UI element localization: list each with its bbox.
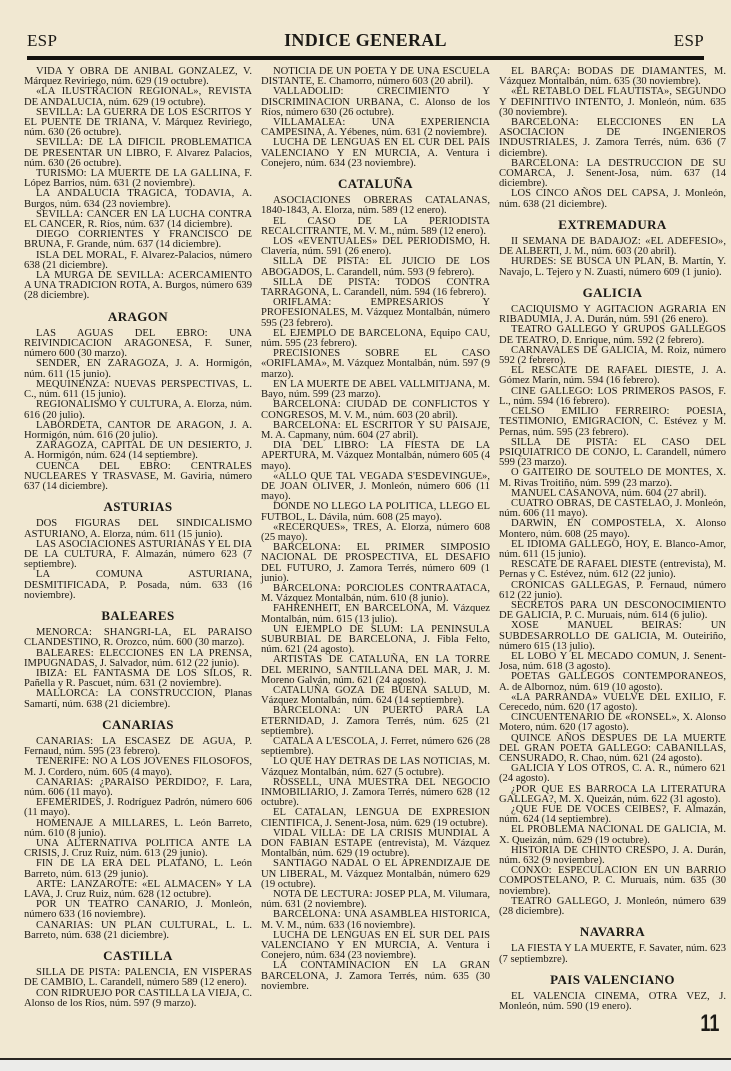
- index-entry: HISTORIA DE CHINTO CRESPO, J. A. Durán, …: [499, 846, 726, 866]
- index-entry: BARCELONA: PORCIOLES CONTRAATACA, M. Váz…: [261, 584, 490, 604]
- section-heading: PAIS VALENCIANO: [499, 975, 726, 985]
- index-entry: UN EJEMPLO DE SLUM: LA PENINSULA SUBURBI…: [261, 625, 490, 656]
- index-entry: ZARAGOZA, CAPITAL DE UN DESIERTO, J. A. …: [24, 441, 252, 461]
- header-right-label: ESP: [674, 31, 704, 51]
- index-entry: LAS AGUAS DEL EBRO: UNA REIVINDICACION A…: [24, 329, 252, 360]
- section-heading: CANARIAS: [24, 720, 252, 730]
- index-entry: CUATRO OBRAS, DE CASTELAO, J. Monleón, n…: [499, 499, 726, 519]
- index-entry: VALLADOLID: CRECIMIENTO Y DISCRIMINACION…: [261, 87, 490, 118]
- index-entry: «LA PARRANDA» VUELVE DEL EXILIO, F. Cere…: [499, 693, 726, 713]
- column-3: EL BARÇA: BODAS DE DIAMANTES, M. Vázquez…: [499, 67, 726, 1038]
- index-entry: DARWIN, EN COMPOSTELA, X. Alonso Montero…: [499, 519, 726, 539]
- index-entry: LA MURGA DE SEVILLA: ACERCAMIENTO A UNA …: [24, 271, 252, 302]
- section-heading: GALICIA: [499, 288, 726, 298]
- index-entry: REGIONALISMO Y CULTURA, A. Elorza, núm. …: [24, 400, 252, 420]
- index-entry: POETAS GALLEGOS CONTEMPORANEOS, A. de Al…: [499, 672, 726, 692]
- index-entry: CELSO EMILIO FERREIRO: POESIA, TESTIMONI…: [499, 407, 726, 438]
- index-entry: EL LOBO Y EL MECADO COMUN, J. Senent-Jos…: [499, 652, 726, 672]
- index-entry: EL CASO DE LA PERIODISTA RECALCITRANTE, …: [261, 217, 490, 237]
- index-entry: SANTIAGO NADAL O EL APRENDIZAJE DE UN LI…: [261, 859, 490, 890]
- index-entry: SEVILLA: CANCER EN LA LUCHA CONTRA EL CA…: [24, 210, 252, 230]
- index-entry: SILLA DE PISTA: TODOS CONTRA TARRAGONA, …: [261, 278, 490, 298]
- index-entry: DOS FIGURAS DEL SINDICALISMO ASTURIANO, …: [24, 519, 252, 539]
- index-entry: MEQUINENZA: NUEVAS PERSPECTIVAS, L. C., …: [24, 380, 252, 400]
- index-entry: VILLAMALEA: UNA EXPERIENCIA CAMPESINA, A…: [261, 118, 490, 138]
- index-entry: CUENCA DEL EBRO: CENTRALES NUCLEARES Y T…: [24, 462, 252, 493]
- index-entry: LA ANDALUCIA TRAGICA, TODAVIA, A. Burgos…: [24, 189, 252, 209]
- index-entry: «EL RETABLO DEL FLAUTISTA», SEGUNDO Y DE…: [499, 87, 726, 118]
- index-entry: BARCELONA: EL PRIMER SIMPOSIO NACIONAL D…: [261, 543, 490, 584]
- index-entry: SENDER, EN ZARAGOZA, J. A. Hormigón, núm…: [24, 359, 252, 379]
- index-entry: XOSE MANUEL BEIRAS: UN SUBDESARROLLO DE …: [499, 621, 726, 652]
- index-entry: ORIFLAMA: EMPRESARIOS Y PROFESIONALES, M…: [261, 298, 490, 329]
- section-heading: NAVARRA: [499, 927, 726, 937]
- index-entry: LUCHA DE LENGUAS EN EL CUR DEL PAIS VALE…: [261, 138, 490, 169]
- index-entry: DIA DEL LIBRO: LA FIESTA DE LA APERTURA,…: [261, 441, 490, 472]
- section-heading: EXTREMADURA: [499, 220, 726, 230]
- index-entry: BARCELONA: UNA ASAMBLEA HISTORICA, M. V.…: [261, 910, 490, 930]
- index-entry: SEVILLA: DE LA DIFICIL PROBLEMATICA DE P…: [24, 138, 252, 169]
- index-entry: CARNAVALES DE GALICIA, M. Roiz, número 5…: [499, 346, 726, 366]
- index-entry: ARTE: LANZAROTE: «EL ALMACEN» Y LA LAVA,…: [24, 880, 252, 900]
- index-entry: SILLA DE PISTA: EL JUICIO DE LOS ABOGADO…: [261, 257, 490, 277]
- index-entry: ARTISTAS DE CATALUÑA, EN LA TORRE DEL ME…: [261, 655, 490, 686]
- index-entry: FAHRENHEIT, EN BARCELONA, M. Vázquez Mon…: [261, 604, 490, 624]
- section-heading: ARAGON: [24, 312, 252, 322]
- index-entry: CANARIAS: LA ESCASEZ DE AGUA, P. Fernaud…: [24, 737, 252, 757]
- index-entry: TEATRO GALLEGO, J. Monleón, número 639 (…: [499, 897, 726, 917]
- index-entry: DONDE NO LLEGO LA POLITICA, LLEGO EL FUT…: [261, 502, 490, 522]
- section-heading: ASTURIAS: [24, 502, 252, 512]
- index-entry: CACIQUISMO Y AGITACION AGRARIA EN RIBADU…: [499, 305, 726, 325]
- magazine-page: ESP INDICE GENERAL ESP VIDA Y OBRA DE AN…: [0, 0, 731, 1060]
- index-entry: VIDA Y OBRA DE ANIBAL GONZALEZ, V. Márqu…: [24, 67, 252, 87]
- column-2: NOTICIA DE UN POETA Y DE UNA ESCUELA DIS…: [261, 67, 490, 1038]
- index-entry: LA FIESTA Y LA MUERTE, F. Savater, núm. …: [499, 944, 726, 964]
- index-entry: EL RESCATE DE RAFAEL DIESTE, J. A. Gómez…: [499, 366, 726, 386]
- index-entry: BALEARES: ELECCIONES EN LA PRENSA, IMPUG…: [24, 649, 252, 669]
- section-heading: CASTILLA: [24, 951, 252, 961]
- index-entry: CATALA A L'ESCOLA, J. Ferret, número 626…: [261, 737, 490, 757]
- index-entry: «LA ILUSTRACION REGIONAL», REVISTA DE AN…: [24, 87, 252, 107]
- index-entry: RESCATE DE RAFAEL DIESTE (entrevista), M…: [499, 560, 726, 580]
- index-entry: II SEMANA DE BADAJOZ: «EL ADEFESIO», DE …: [499, 237, 726, 257]
- index-entry: EL BARÇA: BODAS DE DIAMANTES, M. Vázquez…: [499, 67, 726, 87]
- page-header: ESP INDICE GENERAL ESP: [27, 30, 704, 56]
- index-entry: HURDES: SE BUSCA UN PLAN, B. Martín, Y. …: [499, 257, 726, 277]
- page-title: INDICE GENERAL: [284, 30, 447, 51]
- index-entry: LA CONTAMINACION EN LA GRAN BARCELONA, J…: [261, 961, 490, 992]
- index-entry: CANARIAS: UN PLAN CULTURAL, L. L. Barret…: [24, 921, 252, 941]
- index-entry: EFEMERIDES, J. Rodríguez Padrón, número …: [24, 798, 252, 818]
- header-left-label: ESP: [27, 31, 57, 51]
- index-entry: NOTICIA DE UN POETA Y DE UNA ESCUELA DIS…: [261, 67, 490, 87]
- index-entry: EL EJEMPLO DE BARCELONA, Equipo CAU, núm…: [261, 329, 490, 349]
- index-entry: CONXO: ESPECULACION EN UN BARRIO COMPOST…: [499, 866, 726, 897]
- index-entry: GALICIA Y LOS OTROS, C. A. R., número 62…: [499, 764, 726, 784]
- header-rule: [27, 56, 704, 60]
- index-entry: UNA ALTERNATIVA POLITICA ANTE LA CRISIS,…: [24, 839, 252, 859]
- index-entry: CINE GALLEGO: LOS PRIMEROS PASOS, F. L.,…: [499, 387, 726, 407]
- section-heading: BALEARES: [24, 611, 252, 621]
- index-entry: TEATRO GALLEGO Y GRUPOS GALLEGOS DE TEAT…: [499, 325, 726, 345]
- index-entry: VIDAL VILLA: DE LA CRISIS MUNDIAL A DON …: [261, 829, 490, 860]
- index-entry: CANARIAS: ¿PARAISO PERDIDO?, F. Lara, nú…: [24, 778, 252, 798]
- index-entry: O GAITEIRO DE SOUTELO DE MONTES, X. M. R…: [499, 468, 726, 488]
- index-entry: CRONICAS GALLEGAS, P. Fernaud, número 61…: [499, 581, 726, 601]
- index-entry: «RECERQUES», TRES, A. Elorza, número 608…: [261, 523, 490, 543]
- index-entry: CINCUENTENARIO DE «RONSEL», X. Alonso Mo…: [499, 713, 726, 733]
- index-entry: EL VALENCIA CINEMA, OTRA VEZ, J. Monleón…: [499, 992, 726, 1012]
- index-entry: BARCELONA: LA DESTRUCCION DE SU COMARCA,…: [499, 159, 726, 190]
- index-entry: ISLA DEL MORAL, F. Alvarez-Palacios, núm…: [24, 251, 252, 271]
- index-entry: EL CATALAN, LENGUA DE EXPRESION CIENTIFI…: [261, 808, 490, 828]
- index-entry: TENERIFE: NO A LOS JOVENES FILOSOFOS, M.…: [24, 757, 252, 777]
- index-entry: EL PROBLEMA NACIONAL DE GALICIA, M. X. Q…: [499, 825, 726, 845]
- index-entry: POR UN TEATRO CANARIO, J. Monleón, númer…: [24, 900, 252, 920]
- index-entry: HOMENAJE A MILLARES, L. León Barreto, nú…: [24, 819, 252, 839]
- index-entry: LO QUE HAY DETRAS DE LAS NOTICIAS, M. Vá…: [261, 757, 490, 777]
- index-entry: CON RIDRUEJO POR CASTILLA LA VIEJA, C. A…: [24, 989, 252, 1009]
- index-entry: BARCELONA: UN PUERTO PARA LA ETERNIDAD, …: [261, 706, 490, 737]
- page-number: 11: [700, 1010, 719, 1038]
- index-entry: ¿POR QUE ES BARROCA LA LITERATURA GALLEG…: [499, 785, 726, 805]
- section-heading: CATALUÑA: [261, 179, 490, 189]
- index-entry: BARCELONA: CIUDAD DE CONFLICTOS Y CONGRE…: [261, 400, 490, 420]
- index-entry: BARCELONA: ELECCIONES EN LA ASOCIACION D…: [499, 118, 726, 159]
- index-columns: VIDA Y OBRA DE ANIBAL GONZALEZ, V. Márqu…: [24, 67, 718, 1038]
- column-1: VIDA Y OBRA DE ANIBAL GONZALEZ, V. Márqu…: [24, 67, 252, 1038]
- index-entry: PRECISIONES SOBRE EL CASO «ORIFLAMA», M.…: [261, 349, 490, 380]
- index-entry: BARCELONA: EL ESCRITOR Y SU PAISAJE, M. …: [261, 421, 490, 441]
- index-entry: LUCHA DE LENGUAS EN EL SUR DEL PAIS VALE…: [261, 931, 490, 962]
- index-entry: LOS CINCO AÑOS DEL CAPSA, J. Monleón, nú…: [499, 189, 726, 209]
- index-entry: MALLORCA: LA CONSTRUCCION, Planas Samart…: [24, 689, 252, 709]
- index-entry: SECRETOS PARA UN DESCONOCIMIENTO DE GALI…: [499, 601, 726, 621]
- index-entry: ¿QUE FUE DE VOCES CEIBES?, F. Almazán, n…: [499, 805, 726, 825]
- index-entry: FIN DE LA ERA DEL PLATANO, L. León Barre…: [24, 859, 252, 879]
- index-entry: NOTA DE LECTURA: JOSEP PLA, M. Vilumara,…: [261, 890, 490, 910]
- index-entry: EN LA MUERTE DE ABEL VALLMITJANA, M. Bay…: [261, 380, 490, 400]
- index-entry: LAS ASOCIACIONES ASTURIANAS Y EL DIA DE …: [24, 540, 252, 571]
- index-entry: ASOCIACIONES OBRERAS CATALANAS, 1840-184…: [261, 196, 490, 216]
- index-entry: SEVILLA: LA GUERRA DE LOS ESCRITOS Y EL …: [24, 108, 252, 139]
- index-entry: «ALLO QUE TAL VEGADA S'ESDEVINGUE», DE J…: [261, 472, 490, 503]
- index-entry: TURISMO: LA MUERTE DE LA GALLINA, F. Lóp…: [24, 169, 252, 189]
- index-entry: MENORCA: SHANGRI-LA, EL PARAISO CLANDEST…: [24, 628, 252, 648]
- index-entry: LABORDETA, CANTOR DE ARAGON, J. A. Hormi…: [24, 421, 252, 441]
- index-entry: IBIZA: EL FANTASMA DE LOS SILOS, R. Pañe…: [24, 669, 252, 689]
- index-entry: LOS «EVENTUALES» DEL PERIODISMO, H. Clav…: [261, 237, 490, 257]
- index-entry: DIEGO CORRIENTES Y FRANCISCO DE BRUNA, F…: [24, 230, 252, 250]
- index-entry: ROSSELL, UNA MUESTRA DEL NEGOCIO INMOBIL…: [261, 778, 490, 809]
- index-entry: CATALUÑA GOZA DE BUENA SALUD, M. Vázquez…: [261, 686, 490, 706]
- index-entry: LA COMUNA ASTURIANA, DESMITIFICADA, P. P…: [24, 570, 252, 601]
- index-entry: EL IDIOMA GALLEGO, HOY, E. Blanco-Amor, …: [499, 540, 726, 560]
- index-entry: SILLA DE PISTA: PALENCIA, EN VISPERAS DE…: [24, 968, 252, 988]
- index-entry: QUINCE AÑOS DESPUES DE LA MUERTE DEL GRA…: [499, 734, 726, 765]
- index-entry: SILLA DE PISTA: EL CASO DEL PSIQUIATRICO…: [499, 438, 726, 469]
